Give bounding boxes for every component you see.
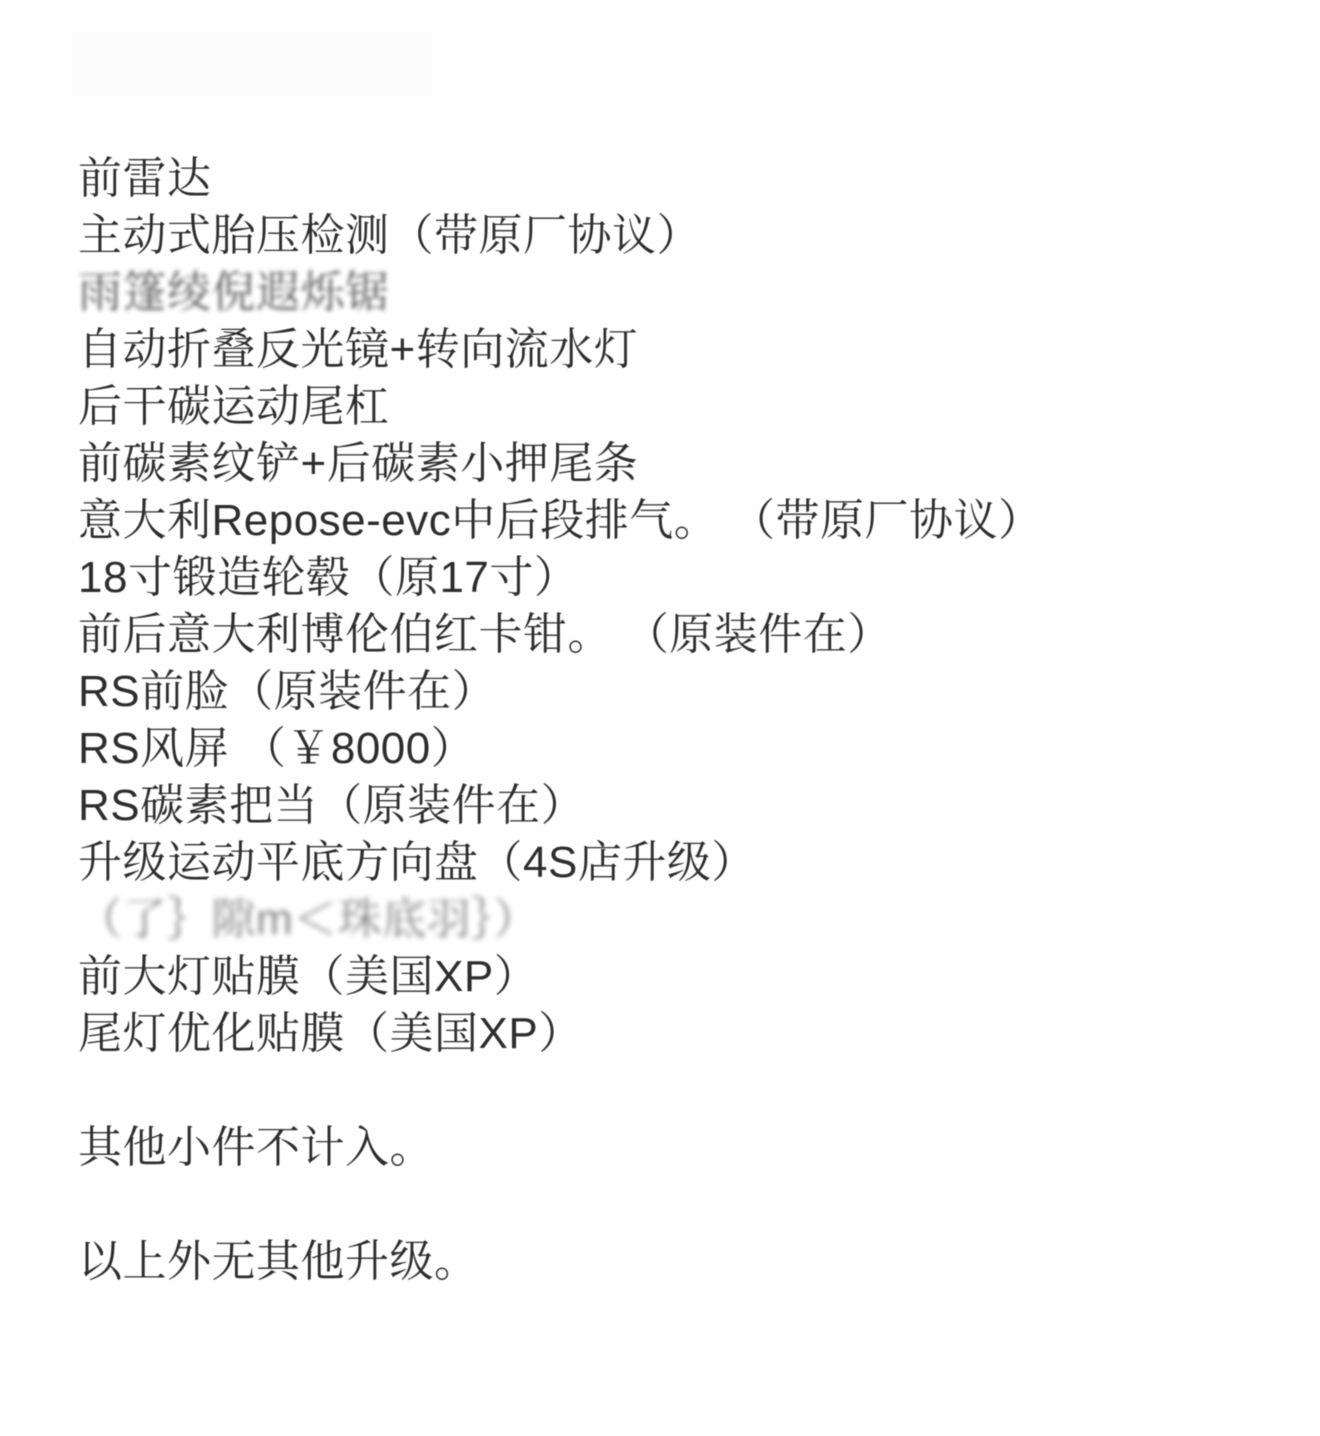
blank-line <box>78 1176 1278 1233</box>
document-page: 前雷达 主动式胎压检测（带原厂协议） 雨篷绫倪遐烁锯 自动折叠反光镜+转向流水灯… <box>0 0 1320 1436</box>
list-item-line: 尾灯优化贴膜（美国XP） <box>78 1005 1278 1062</box>
list-item-line: 前碳素纹铲+后碳素小押尾条 <box>78 435 1278 492</box>
list-item-line: 主动式胎压检测（带原厂协议） <box>78 207 1278 264</box>
list-item-line: RS前脸（原装件在） <box>78 663 1278 720</box>
illegible-line: 雨篷绫倪遐烁锯 <box>78 264 1278 321</box>
list-item-line: 18寸锻造轮毂（原17寸） <box>78 549 1278 606</box>
redacted-area <box>72 33 432 95</box>
list-item-line: 后干碳运动尾杠 <box>78 378 1278 435</box>
list-item-line: RS碳素把当（原装件在） <box>78 777 1278 834</box>
list-item-line: 自动折叠反光镜+转向流水灯 <box>78 321 1278 378</box>
modification-list: 前雷达 主动式胎压检测（带原厂协议） 雨篷绫倪遐烁锯 自动折叠反光镜+转向流水灯… <box>78 150 1278 1290</box>
list-item-line: 升级运动平底方向盘（4S店升级） <box>78 834 1278 891</box>
footer-note-line: 其他小件不计入。 <box>78 1119 1278 1176</box>
list-item-line: 前雷达 <box>78 150 1278 207</box>
list-item-line: RS风屏 （￥8000） <box>78 720 1278 777</box>
blank-line <box>78 1062 1278 1119</box>
list-item-line: 前后意大利博伦伯红卡钳。 （原装件在） <box>78 606 1278 663</box>
list-item-line: 意大利Repose-evc中后段排气。 （带原厂协议） <box>78 492 1278 549</box>
list-item-line: 前大灯贴膜（美国XP） <box>78 948 1278 1005</box>
footer-note-line: 以上外无其他升级。 <box>78 1233 1278 1290</box>
illegible-line: （了｝隙m＜珠底羽｝） <box>78 891 1278 948</box>
